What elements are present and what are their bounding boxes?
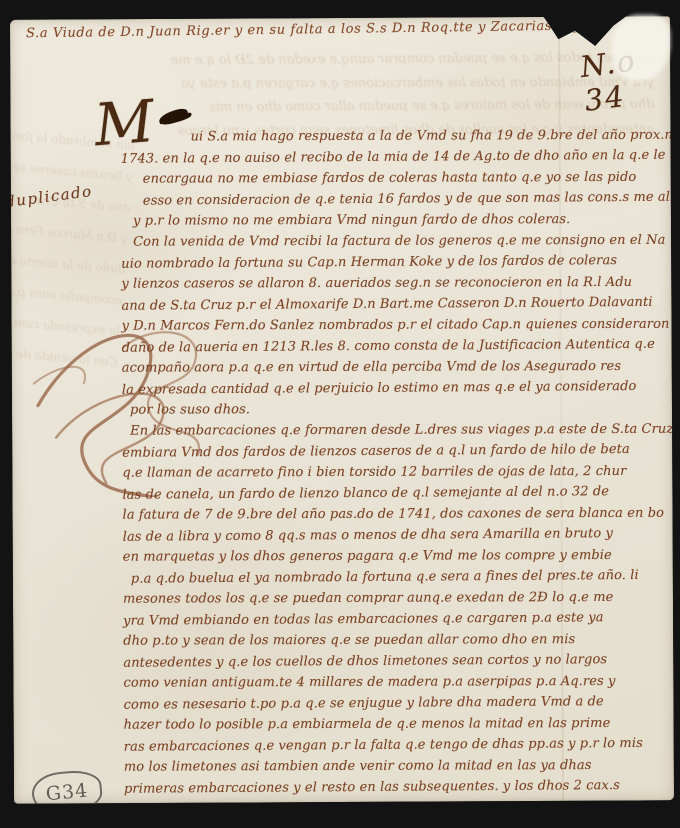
text-line: hazer todo lo posible p.a embiarmela de … <box>124 713 672 736</box>
text-line: acompaño aora p.a q.e en virtud de ella … <box>122 356 670 379</box>
address-line: S.a Viuda de D.n Juan Rig.er y en su fal… <box>26 18 626 41</box>
text-line: embiara Vmd dos fardos de lienzos casero… <box>122 439 670 464</box>
bleedthrough-line: y D.n Marcos Fern.do Sanlez nombrados p.… <box>10 213 129 254</box>
text-line: las de canela, un fardo de lienzo blanco… <box>122 481 670 506</box>
letter-body: ui S.a mia hago respuesta a la de Vmd su… <box>121 124 673 799</box>
text-line: p.a q.do buelua el ya nombrado la fortun… <box>123 565 671 590</box>
text-line: uio nombrado la fortuna su Cap.n Herman … <box>121 250 669 275</box>
text-line: En las embarcaciones q.e formaren desde … <box>122 419 670 442</box>
bleedthrough-line: mesones todos los q.e se puedan comprar … <box>38 46 654 74</box>
bleedthrough-line: daño de la aueria en 1213 R.les 8. como … <box>10 245 126 286</box>
manuscript-paper: mesones todos los q.e se puedan comprar … <box>10 16 674 803</box>
text-line: q.e llaman de acarreto fino i bien torsi… <box>122 461 670 484</box>
text-line: en marquetas y los dhos generos pagara q… <box>123 545 671 568</box>
text-line: y p.r lo mismo no me embiara Vmd ningun … <box>121 209 669 232</box>
duplicate-note: duplicado <box>10 182 94 211</box>
text-line: la fatura de 7 de 9.bre del año pas.do d… <box>123 503 671 526</box>
text-line: por los suso dhos. <box>122 398 670 421</box>
text-line: mo los limetones asi tambien ande venir … <box>124 755 672 778</box>
text-line: las de a libra y como 8 qq.s mas o menos… <box>123 523 671 548</box>
text-line: Con la venida de Vmd recibi la factura d… <box>121 230 669 253</box>
scan-background: mesones todos los q.e se puedan comprar … <box>0 0 680 828</box>
text-line: la expresada cantidad q.e el perjuicio l… <box>122 376 670 401</box>
text-line: ui S.a mia hago respuesta a la de Vmd su… <box>121 125 669 148</box>
text-line: mesones todos los q.e se puedan comprar … <box>123 587 671 610</box>
text-line: antesedentes y q.e los cuellos de dhos l… <box>123 649 671 674</box>
paragraph-3: En las embarcaciones q.e formaren desde … <box>122 418 672 799</box>
text-line: ana de S.ta Cruz p.r el Almoxarife D.n B… <box>121 292 669 317</box>
text-line: 1743. en la q.e no auiso el recibo de la… <box>121 145 669 170</box>
text-line: daño de la aueria en 1213 R.les 8. como … <box>122 334 670 359</box>
text-line: yra Vmd embiando en todas las embarcacio… <box>123 607 671 632</box>
paragraph-2: Con la venida de Vmd recibi la factura d… <box>121 229 670 421</box>
text-line: y lienzos caseros se allaron 8. aueriado… <box>121 272 669 295</box>
text-line: esso en consideracion de q.e tenia 16 fa… <box>121 187 669 212</box>
text-line: como venian antiguam.te 4 millares de ma… <box>123 671 671 694</box>
text-line: primeras embarcaciones y el resto en las… <box>124 775 672 800</box>
paragraph-1: ui S.a mia hago respuesta a la de Vmd su… <box>121 124 670 232</box>
text-line: dho p.to y sean de los maiores q.e se pu… <box>123 629 671 652</box>
text-line: como es nesesario t.po p.a q.e se enjugu… <box>123 691 671 716</box>
text-line: ras embarcaciones q.e vengan p.r la falt… <box>124 733 672 758</box>
text-line: y D.n Marcos Fern.do Sanlez nombrados p.… <box>122 314 670 337</box>
text-line: encargaua no me embiase fardos de colera… <box>121 167 669 190</box>
pencil-archive-mark: G34 <box>30 768 104 803</box>
ink-blot <box>157 107 189 127</box>
